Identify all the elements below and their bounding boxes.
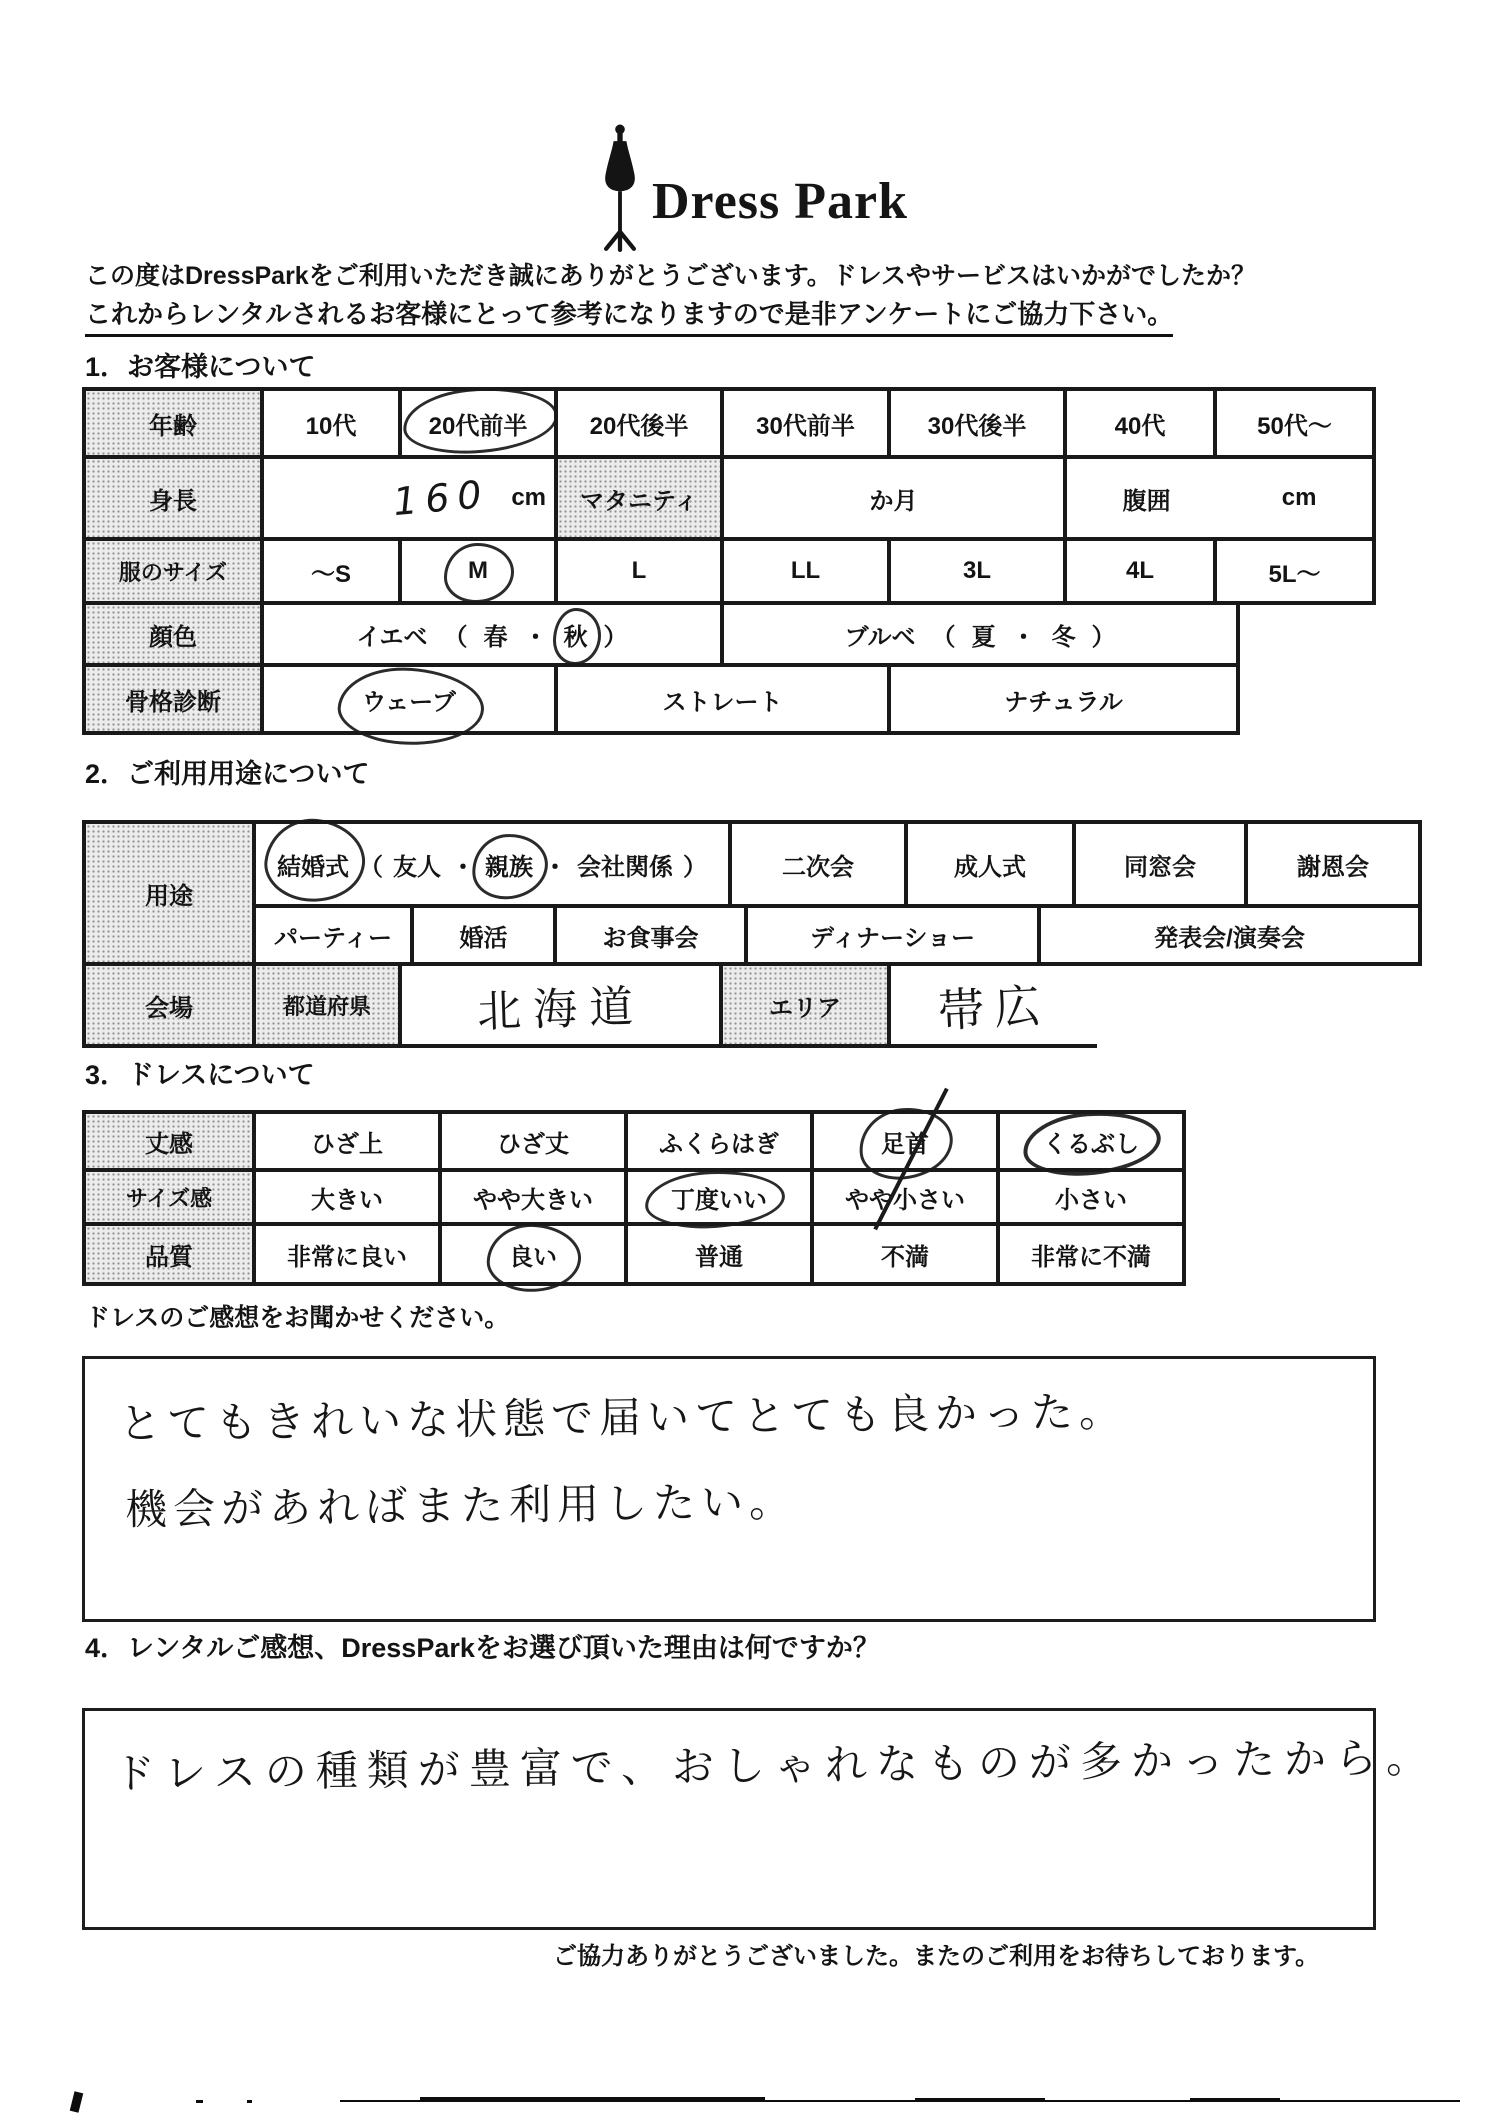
warm-tone-cell: イエベ （ 春 ・ 秋 ） <box>260 601 724 667</box>
length-anklebone: くるぶし <box>996 1110 1186 1172</box>
section3-heading: 3．ドレスについて <box>85 1053 315 1092</box>
wedding-guest-friends: 友人 <box>393 847 441 882</box>
waist-girth-cell: 腹囲 cm <box>1063 455 1376 541</box>
feedback-line-1: とてもきれいな状態で届いてとても良かった。 <box>119 1379 1128 1451</box>
quality-very-dissatisfied: 非常に不満 <box>996 1222 1186 1286</box>
logo: Dress Park <box>596 124 908 252</box>
usage-option-dinner-show: ディナーショー <box>744 904 1041 966</box>
size-option-5l: 5L～ <box>1213 537 1376 605</box>
usage-option-dinner-party: お食事会 <box>553 904 748 966</box>
size-option-ll: LL <box>720 537 891 605</box>
length-ankle: 足首 <box>810 1110 1000 1172</box>
feedback-line-2: 機会があればまた利用したい。 <box>125 1469 798 1537</box>
length-ankle-circled-slashed: 足首 <box>881 1124 929 1159</box>
age-option-40s: 40代 <box>1063 387 1217 459</box>
usage-option-recital: 発表会/演奏会 <box>1037 904 1422 966</box>
length-calf: ふくらはぎ <box>624 1110 814 1172</box>
customer-table: 年齢 10代 20代前半 20代後半 30代前半 30代後半 40代 50代～ … <box>82 387 1376 735</box>
intro-thanks-line: この度はDressParkをご利用いただき誠にありがとうございます。ドレスやサー… <box>85 256 1256 292</box>
skeleton-option-straight: ストレート <box>554 663 891 735</box>
usage-row-2: パーティー 婚活 お食事会 ディナーショー 発表会/演奏会 <box>252 904 1422 966</box>
cool-summer-option: 夏 <box>972 617 996 652</box>
warm-autumn-option-circled: 秋 <box>564 617 588 652</box>
maternity-label: マタニティ <box>554 455 724 541</box>
size-selected-circle: M <box>468 557 488 585</box>
size-option-l: L <box>554 537 724 605</box>
clothing-size-label: 服のサイズ <box>82 537 264 605</box>
dress-feedback-label: ドレスのご感想をお聞かせください。 <box>85 1298 509 1334</box>
section2-heading: 2．ご利用用途について <box>85 752 369 791</box>
quality-normal: 普通 <box>624 1222 814 1286</box>
skeleton-option-wave: ウェーブ <box>260 663 558 735</box>
reason-line: ドレスの種類が豊富で、おしゃれなものが多かったから。 <box>113 1725 1438 1801</box>
cool-tone-name: ブルベ <box>844 617 915 652</box>
age-option-early-20s: 20代前半 <box>398 387 558 459</box>
dress-table: 丈感 ひざ上 ひざ丈 ふくらはぎ 足首 くるぶし サイズ感 大きい やや大きい … <box>82 1110 1186 1286</box>
size-option-3l: 3L <box>887 537 1067 605</box>
length-above-knee: ひざ上 <box>252 1110 442 1172</box>
wedding-guest-company: 会社関係 <box>577 847 673 882</box>
cool-separator: ・ <box>1012 617 1036 652</box>
usage-option-afterparty: 二次会 <box>728 820 908 908</box>
fit-large: 大きい <box>252 1168 442 1226</box>
skeleton-label: 骨格診断 <box>82 663 264 735</box>
height-value-cell: 160 cm <box>260 455 558 541</box>
warm-open-paren: （ <box>444 617 468 652</box>
usage-label-cell: 用途 <box>82 820 256 966</box>
fit-small: 小さい <box>996 1168 1186 1226</box>
size-option-s: ～S <box>260 537 402 605</box>
wedding-separator-1: ・ <box>451 847 475 882</box>
venue-label-cell: 会場 <box>82 962 256 1048</box>
age-option-late-30s: 30代後半 <box>887 387 1067 459</box>
wedding-close-paren: ） <box>683 847 707 882</box>
fit-slightly-large: やや大きい <box>438 1168 628 1226</box>
length-anklebone-circled: くるぶし <box>1043 1124 1139 1159</box>
length-label: 丈感 <box>82 1110 256 1172</box>
skeleton-row: 骨格診断 ウェーブ ストレート ナチュラル <box>82 663 1376 735</box>
quality-row: 品質 非常に良い 良い 普通 不満 非常に不満 <box>82 1222 1186 1286</box>
cool-close-paren: ） <box>1092 617 1116 652</box>
scanned-survey-page: Dress Park この度はDressParkをご利用いただき誠にありがとうご… <box>0 0 1500 2127</box>
usage-option-coming-of-age: 成人式 <box>904 820 1076 908</box>
waist-girth-label: 腹囲 <box>1123 481 1171 516</box>
wedding-option-circled: 結婚式 <box>277 847 349 882</box>
color-tone-label: 顔色 <box>82 601 264 667</box>
usage-option-thanks-party: 謝恩会 <box>1244 820 1422 908</box>
usage-table-right-column: 結婚式 （ 友人 ・ 親族 ・ 会社関係 ） 二次会 成人式 同窓会 謝恩会 パ… <box>252 820 1422 1048</box>
wedding-open-paren: （ <box>359 847 383 882</box>
wedding-separator-2: ・ <box>543 847 567 882</box>
venue-row: 都道府県 北海道 エリア 帯広 <box>252 962 1422 1048</box>
fit-label: サイズ感 <box>82 1168 256 1226</box>
height-row-label: 身長 <box>82 455 264 541</box>
usage-table: 用途 会場 結婚式 （ 友人 ・ 親族 ・ 会社関係 ） 二次会 成人式 同窓会… <box>82 820 1422 1048</box>
prefecture-value-cell: 北海道 <box>398 962 723 1048</box>
quality-good: 良い <box>438 1222 628 1286</box>
age-option-10s: 10代 <box>260 387 402 459</box>
height-row: 身長 160 cm マタニティ か月 腹囲 cm <box>82 455 1376 541</box>
size-option-m: M <box>398 537 558 605</box>
warm-close-paren: ） <box>604 617 628 652</box>
height-unit: cm <box>511 484 546 512</box>
quality-selected-circle: 良い <box>509 1237 557 1272</box>
cool-winter-option: 冬 <box>1052 617 1076 652</box>
color-tone-row: 顔色 イエベ （ 春 ・ 秋 ） ブルベ （ 夏 ・ 冬 ） <box>82 601 1376 667</box>
area-label-cell: エリア <box>719 962 891 1048</box>
quality-very-good: 非常に良い <box>252 1222 442 1286</box>
quality-dissatisfied: 不満 <box>810 1222 1000 1286</box>
brand-name: Dress Park <box>652 172 908 231</box>
age-selected-circle: 20代前半 <box>429 406 528 441</box>
section1-heading: 1．お客様について <box>85 345 315 384</box>
fit-selected-circle: 丁度いい <box>671 1180 767 1215</box>
usage-option-konkatsu: 婚活 <box>410 904 557 966</box>
usage-table-left-column: 用途 会場 <box>82 820 256 1048</box>
maternity-months-cell: か月 <box>720 455 1067 541</box>
prefecture-label-cell: 都道府県 <box>252 962 402 1048</box>
warm-tone-name: イエベ <box>356 617 427 652</box>
size-option-4l: 4L <box>1063 537 1217 605</box>
usage-option-reunion: 同窓会 <box>1072 820 1248 908</box>
age-option-early-30s: 30代前半 <box>720 387 891 459</box>
fit-slightly-small: やや小さい <box>810 1168 1000 1226</box>
clothing-size-row: 服のサイズ ～S M L LL 3L 4L 5L～ <box>82 537 1376 605</box>
footer-thanks: ご協力ありがとうございました。またのご利用をお待ちしております。 <box>553 1936 1319 1971</box>
skeleton-selected-circle: ウェーブ <box>362 682 456 717</box>
fit-just-right: 丁度いい <box>624 1168 814 1226</box>
prefecture-handwritten-value: 北海道 <box>475 970 645 1040</box>
area-handwritten-value: 帯広 <box>936 969 1051 1041</box>
usage-option-party: パーティー <box>252 904 414 966</box>
area-value-cell: 帯広 <box>887 962 1097 1048</box>
skeleton-option-natural: ナチュラル <box>887 663 1240 735</box>
warm-spring-option: 春 <box>484 617 508 652</box>
dress-form-icon <box>596 124 644 252</box>
height-handwritten-value: 160 <box>391 472 491 524</box>
wedding-guest-relatives-circled: 親族 <box>485 847 533 882</box>
age-row: 年齢 10代 20代前半 20代後半 30代前半 30代後半 40代 50代～ <box>82 387 1376 459</box>
reason-box: ドレスの種類が豊富で、おしゃれなものが多かったから。 <box>82 1708 1376 1930</box>
wedding-cell: 結婚式 （ 友人 ・ 親族 ・ 会社関係 ） <box>252 820 732 908</box>
age-option-50s: 50代～ <box>1213 387 1376 459</box>
length-knee: ひざ丈 <box>438 1110 628 1172</box>
usage-row-1: 結婚式 （ 友人 ・ 親族 ・ 会社関係 ） 二次会 成人式 同窓会 謝恩会 <box>252 820 1422 908</box>
age-option-late-20s: 20代後半 <box>554 387 724 459</box>
quality-label: 品質 <box>82 1222 256 1286</box>
dress-feedback-box: とてもきれいな状態で届いてとても良かった。 機会があればまた利用したい。 <box>82 1356 1376 1622</box>
length-row: 丈感 ひざ上 ひざ丈 ふくらはぎ 足首 くるぶし <box>82 1110 1186 1172</box>
fit-row: サイズ感 大きい やや大きい 丁度いい やや小さい 小さい <box>82 1168 1186 1226</box>
warm-separator: ・ <box>524 617 548 652</box>
section4-heading: 4．レンタルご感想、DressParkをお選び頂いた理由は何ですか？ <box>85 1626 880 1665</box>
cool-tone-cell: ブルベ （ 夏 ・ 冬 ） <box>720 601 1240 667</box>
waist-girth-unit: cm <box>1282 484 1317 512</box>
age-row-label: 年齢 <box>82 387 264 459</box>
cool-open-paren: （ <box>932 617 956 652</box>
intro-request-line: これからレンタルされるお客様にとって参考になりますので是非アンケートにご協力下さ… <box>85 294 1173 337</box>
